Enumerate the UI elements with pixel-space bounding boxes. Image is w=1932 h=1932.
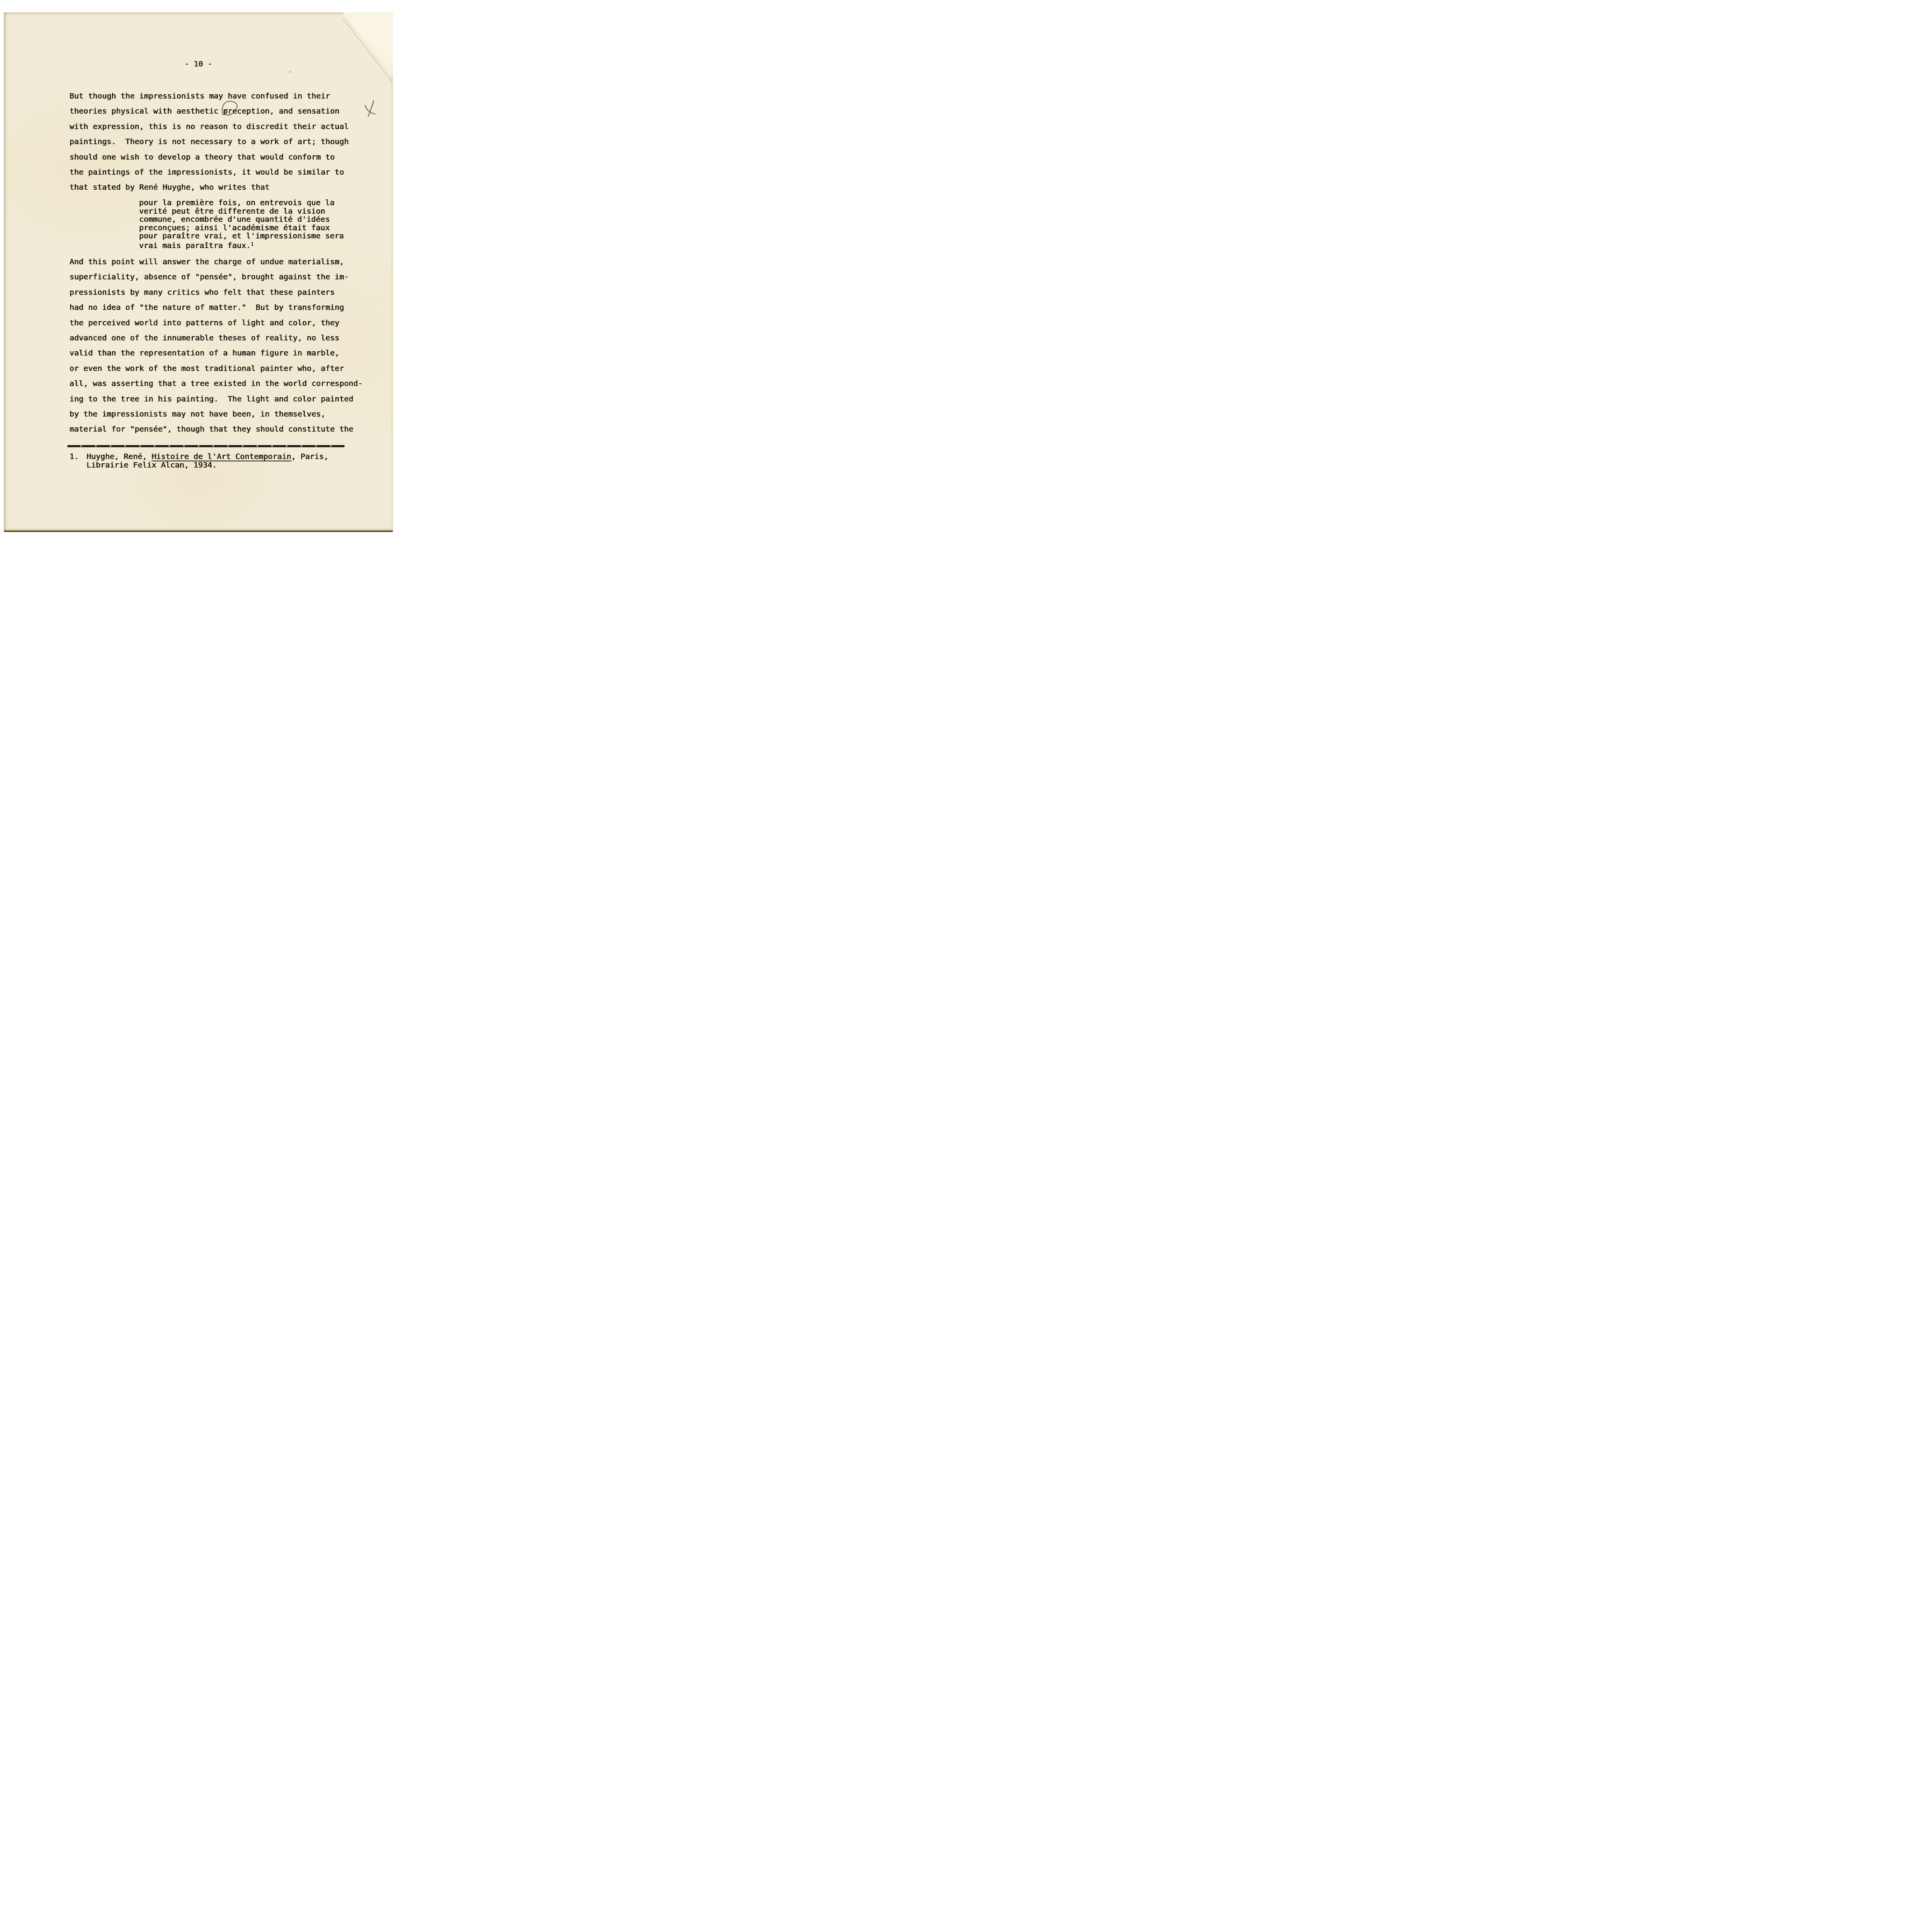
body-line: that stated by René Huyghe, who writes t… bbox=[70, 180, 349, 195]
page-number: - 10 - bbox=[4, 59, 393, 68]
body-line: advanced one of the innumerable theses o… bbox=[70, 330, 363, 345]
body-line: all, was asserting that a tree existed i… bbox=[70, 376, 363, 391]
footnote-title: Histoire de l'Art Contemporain bbox=[152, 452, 291, 461]
quote-last-line: vrai mais paraîtra faux.1 bbox=[139, 240, 344, 249]
paragraph-2: And this point will answer the charge of… bbox=[70, 254, 363, 437]
body-line: pressionists by many critics who felt th… bbox=[70, 285, 363, 300]
body-line: should one wish to develop a theory that… bbox=[70, 150, 349, 165]
body-line: valid than the representation of a human… bbox=[70, 345, 363, 361]
quote-line: commune, encombrée d'une quantité d'idée… bbox=[139, 215, 344, 224]
body-line: material for "pensée", though that they … bbox=[70, 422, 363, 437]
footnote: Huyghe, René, Histoire de l'Art Contempo… bbox=[87, 452, 328, 469]
footnote-separator-rule bbox=[67, 445, 345, 447]
body-line: the paintings of the impressionists, it … bbox=[70, 165, 349, 180]
typo-circle-mark bbox=[220, 100, 240, 118]
quote-line: pour paraître vrai, et l'impressionisme … bbox=[139, 232, 344, 240]
body-line: had no idea of "the nature of matter." B… bbox=[70, 300, 363, 315]
footnote-marker: 1. bbox=[70, 452, 79, 461]
body-line: paintings. Theory is not necessary to a … bbox=[70, 134, 349, 149]
scan-background: - 10 - But though the impressionists may… bbox=[0, 0, 393, 543]
footnote-line-1: Huyghe, René, Histoire de l'Art Contempo… bbox=[87, 452, 328, 461]
quote-line: preconçues; ainsi l'académisme était fau… bbox=[139, 224, 344, 232]
quote-last-line-text: vrai mais paraîtra faux. bbox=[139, 241, 251, 250]
footnote-line-2: Librairie Felix Alcan, 1934. bbox=[87, 461, 328, 469]
body-line: or even the work of the most traditional… bbox=[70, 361, 363, 376]
body-line: And this point will answer the charge of… bbox=[70, 254, 363, 269]
body-line: with expression, this is no reason to di… bbox=[70, 119, 349, 134]
quote-line: pour la première fois, on entrevois que … bbox=[139, 199, 344, 207]
body-line: superficiality, absence of "pensée", bro… bbox=[70, 269, 363, 284]
french-block-quote: pour la première fois, on entrevois que … bbox=[139, 199, 344, 249]
footnote-location: , Paris, bbox=[291, 452, 328, 461]
body-line: the perceived world into patterns of lig… bbox=[70, 315, 363, 330]
body-line: theories physical with aesthetic precept… bbox=[70, 104, 349, 119]
body-line: But though the impressionists may have c… bbox=[70, 88, 349, 104]
body-line: ing to the tree in his painting. The lig… bbox=[70, 391, 363, 406]
paragraph-1: But though the impressionists may have c… bbox=[70, 88, 349, 195]
pencil-x-mark bbox=[363, 100, 377, 117]
footnote-author: Huyghe, René, bbox=[87, 452, 152, 461]
body-line: by the impressionists may not have been,… bbox=[70, 406, 363, 422]
paper-speck bbox=[289, 71, 291, 73]
quote-line: verité peut être differente de la vision bbox=[139, 207, 344, 216]
manuscript-page: - 10 - But though the impressionists may… bbox=[4, 12, 393, 532]
footnote-reference: 1 bbox=[251, 241, 254, 247]
